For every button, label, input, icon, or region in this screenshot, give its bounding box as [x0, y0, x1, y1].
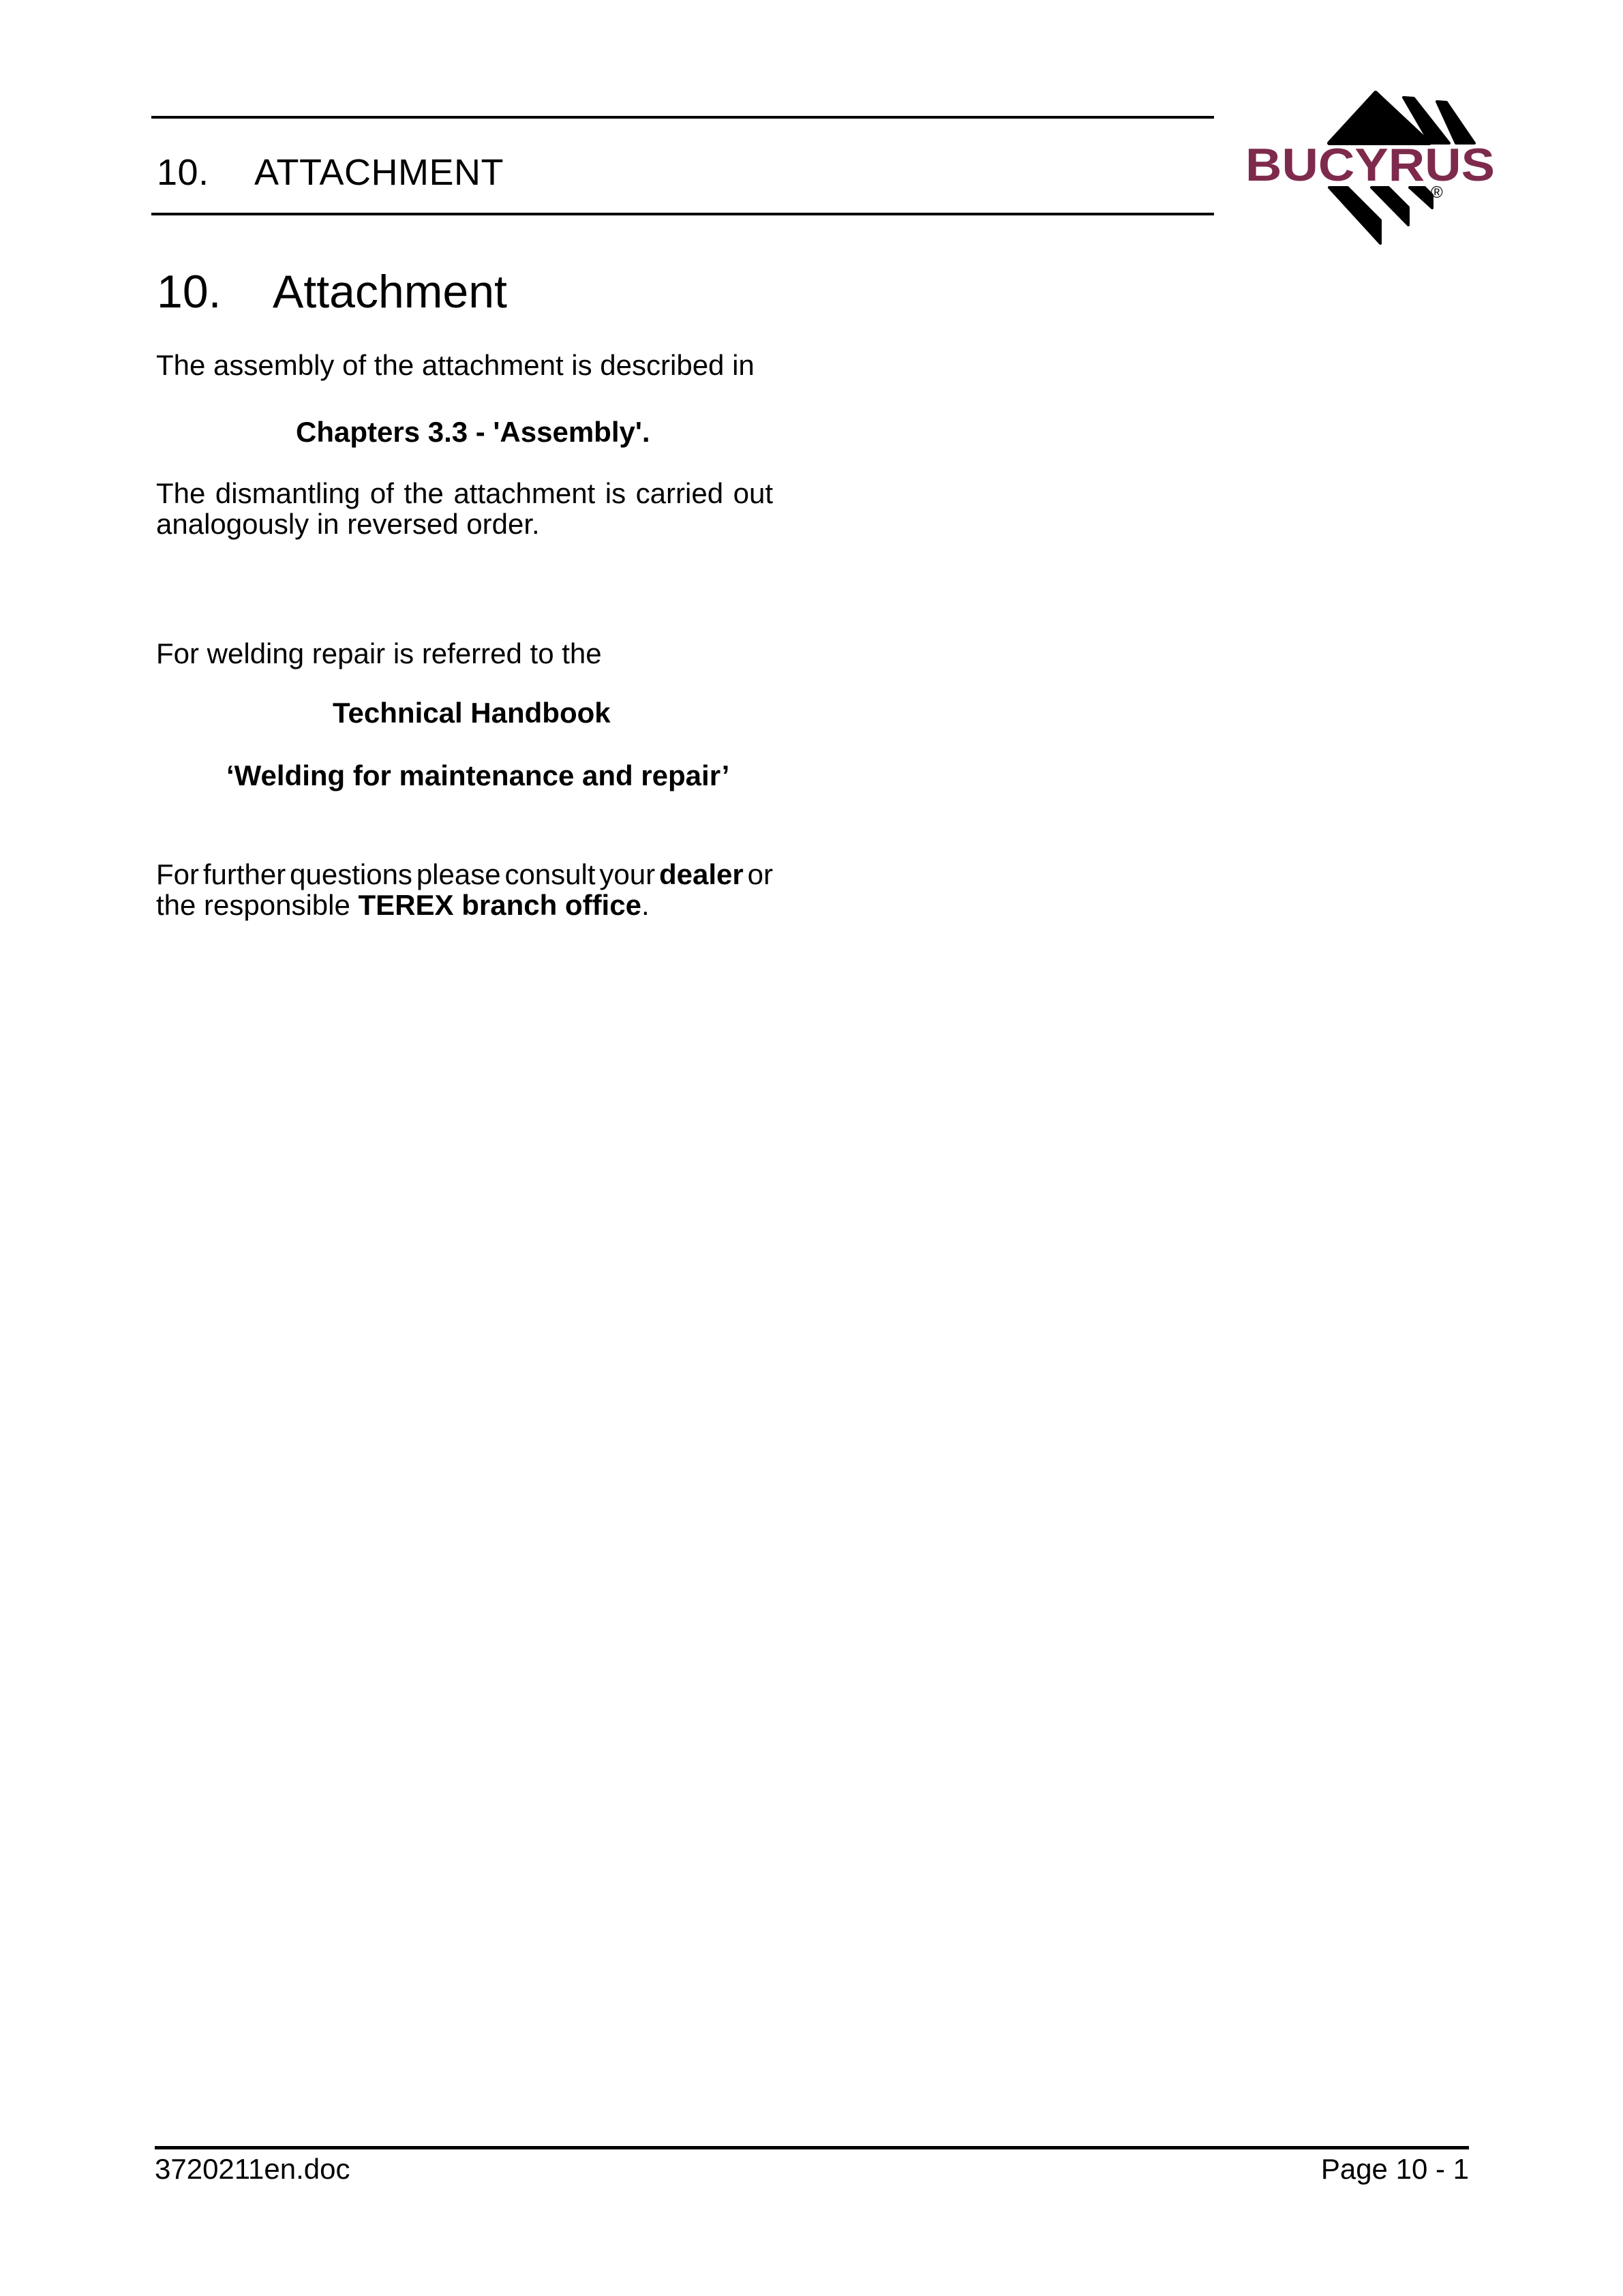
bucyrus-logo-icon: BUCYRUS ® — [1241, 80, 1500, 251]
reference-welding-handbook: ‘Welding for maintenance and repair’ — [226, 760, 729, 791]
footer-document-name: 3720211en.doc — [155, 2154, 350, 2184]
lower-stripe-3-icon — [1410, 187, 1432, 208]
lower-stripe-1-icon — [1329, 187, 1380, 243]
header-bottom-rule — [151, 213, 1214, 215]
reference-technical-handbook: Technical Handbook — [333, 697, 611, 728]
registered-mark-icon: ® — [1431, 183, 1443, 202]
bucyrus-wordmark: BUCYRUS — [1245, 139, 1495, 191]
page-header: 10.ATTACHMENT — [157, 154, 504, 191]
header-section-title: ATTACHMENT — [254, 152, 504, 193]
paragraph-dismantling-line1: Thedismantlingoftheattachmentiscarriedou… — [156, 478, 773, 509]
reference-chapters-assembly: Chapters 3.3 - 'Assembly'. — [296, 417, 650, 447]
questions-line2-suffix: . — [641, 889, 650, 921]
paragraph-questions-line2: the responsible TEREX branch office. — [156, 890, 650, 920]
footer-row: 3720211en.doc Page 10 - 1 — [155, 2149, 1469, 2184]
header-section-number: 10. — [157, 154, 254, 191]
page-footer: 3720211en.doc Page 10 - 1 — [155, 2146, 1469, 2184]
paragraph-assembly: The assembly of the attachment is descri… — [156, 350, 755, 380]
paragraph-questions-line1: Forfurtherquestionspleaseconsultyourdeal… — [156, 859, 773, 890]
footer-page-number: Page 10 - 1 — [1321, 2154, 1469, 2184]
paragraph-welding: For welding repair is referred to the — [156, 638, 602, 669]
paragraph-dismantling-line2: analogously in reversed order. — [156, 509, 540, 539]
questions-line2-prefix: the responsible — [156, 889, 359, 921]
chapter-title: 10.Attachment — [157, 269, 507, 315]
bucyrus-logo: BUCYRUS ® — [1241, 80, 1500, 251]
chapter-number: 10. — [157, 269, 273, 315]
questions-line2-bold: TEREX branch office — [359, 889, 641, 921]
document-page: 10.ATTACHMENT BUCYRUS ® 10.Attachment Th… — [0, 0, 1623, 2296]
chapter-title-text: Attachment — [273, 266, 507, 318]
header-top-rule — [151, 116, 1214, 119]
